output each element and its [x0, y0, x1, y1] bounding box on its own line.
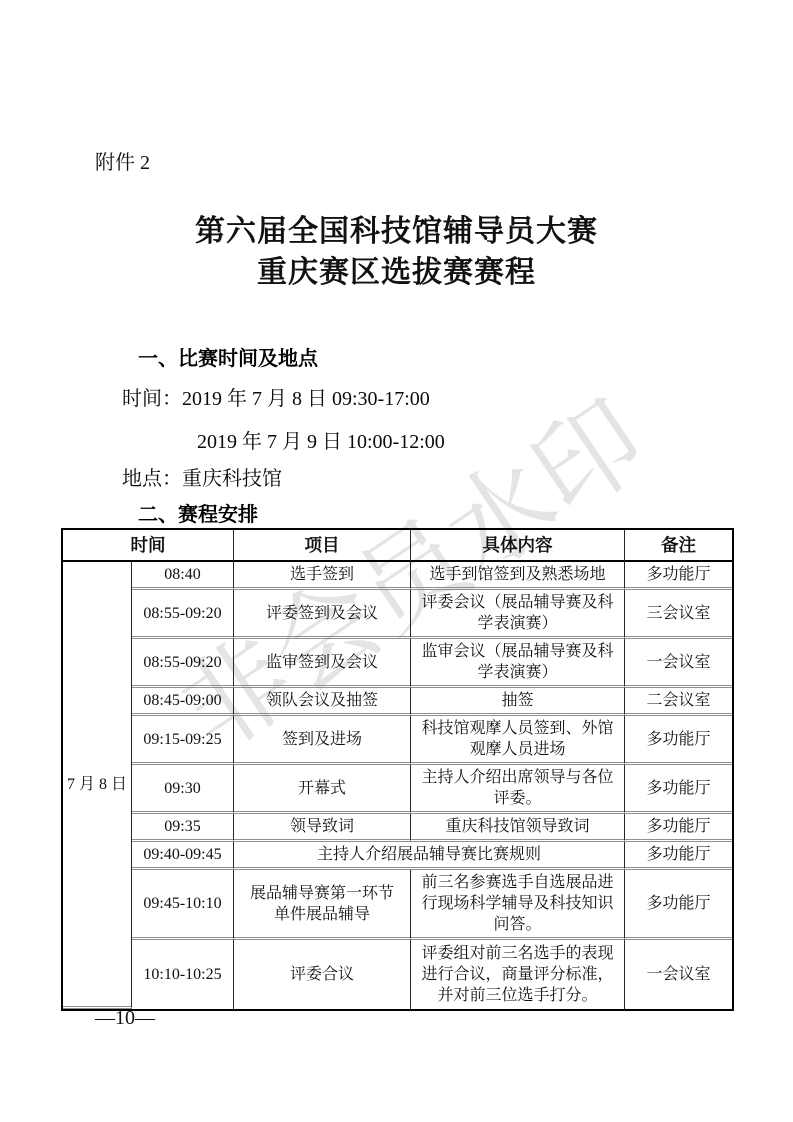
time-cell: 08:55-09:20: [132, 590, 234, 639]
item-line: 展品辅导赛第一环节: [237, 883, 407, 904]
document-page: 非会员水印 附件 2 第六届全国科技馆辅导员大赛 重庆赛区选拔赛赛程 一、比赛时…: [0, 0, 793, 1122]
item-cell: 领队会议及抽签: [234, 688, 411, 716]
item-cell: 评委签到及会议: [234, 590, 411, 639]
header-cell-item: 项目: [234, 530, 411, 562]
table-row: 08:45-09:00领队会议及抽签抽签二会议室: [63, 688, 732, 716]
content-cell: 前三名参赛选手自选展品进行现场科学辅导及科技知识问答。: [411, 870, 625, 940]
table-row: 08:55-09:20监审签到及会议监审会议（展品辅导赛及科学表演赛）一会议室: [63, 639, 732, 688]
note-cell: 一会议室: [625, 940, 732, 1009]
table-row: 10:10-10:25评委合议评委组对前三名选手的表现进行合议，商量评分标准，并…: [63, 940, 732, 1009]
note-cell: 多功能厅: [625, 716, 732, 765]
attachment-label: 附件 2: [95, 146, 150, 175]
content-cell: 评委组对前三名选手的表现进行合议，商量评分标准，并对前三位选手打分。: [411, 940, 625, 1009]
header-cell-content: 具体内容: [411, 530, 625, 562]
header-cell-note: 备注: [625, 530, 732, 562]
schedule-table-body: 7 月 8 日08:40选手签到选手到馆签到及熟悉场地多功能厅08:55-09:…: [63, 562, 732, 1009]
title-line-1: 第六届全国科技馆辅导员大赛: [0, 211, 793, 252]
note-cell: 一会议室: [625, 639, 732, 688]
table-row: 09:30开幕式主持人介绍出席领导与各位评委。多功能厅: [63, 765, 732, 814]
note-cell: 多功能厅: [625, 842, 732, 870]
date-cell: 7 月 8 日: [63, 562, 132, 1009]
note-cell: 多功能厅: [625, 870, 732, 940]
content-cell: 选手到馆签到及熟悉场地: [411, 562, 625, 590]
document-title: 第六届全国科技馆辅导员大赛 重庆赛区选拔赛赛程: [0, 211, 793, 293]
item-content-merged-cell: 主持人介绍展品辅导赛比赛规则: [234, 842, 625, 870]
header-row: 时间 项目 具体内容 备注: [63, 530, 732, 562]
table-row: 09:15-09:25签到及进场科技馆观摩人员签到、外馆观摩人员进场多功能厅: [63, 716, 732, 765]
time-cell: 09:30: [132, 765, 234, 814]
item-cell: 选手签到: [234, 562, 411, 590]
item-cell: 领导致词: [234, 814, 411, 842]
table-row: 09:45-10:10展品辅导赛第一环节单件展品辅导前三名参赛选手自选展品进行现…: [63, 870, 732, 940]
time-line-2: 2019 年 7 月 9 日 10:00-12:00: [197, 425, 445, 454]
table-row: 7 月 8 日08:40选手签到选手到馆签到及熟悉场地多功能厅: [63, 562, 732, 590]
item-cell: 监审签到及会议: [234, 639, 411, 688]
table-row: 09:40-09:45主持人介绍展品辅导赛比赛规则多功能厅: [63, 842, 732, 870]
time-cell: 10:10-10:25: [132, 940, 234, 1009]
header-cell-time: 时间: [63, 530, 234, 562]
note-cell: 多功能厅: [625, 814, 732, 842]
content-cell: 监审会议（展品辅导赛及科学表演赛）: [411, 639, 625, 688]
content-cell: 评委会议（展品辅导赛及科学表演赛）: [411, 590, 625, 639]
item-cell: 展品辅导赛第一环节单件展品辅导: [234, 870, 411, 940]
schedule-table: 时间 项目 具体内容 备注 7 月 8 日08:40选手签到选手到馆签到及熟悉场…: [61, 528, 734, 1011]
item-cell: 评委合议: [234, 940, 411, 1009]
time-cell: 08:40: [132, 562, 234, 590]
time-cell: 09:45-10:10: [132, 870, 234, 940]
note-cell: 三会议室: [625, 590, 732, 639]
time-line-1: 时间：2019 年 7 月 8 日 09:30-17:00: [122, 382, 430, 411]
schedule-table-header: 时间 项目 具体内容 备注: [63, 530, 732, 562]
content-cell: 重庆科技馆领导致词: [411, 814, 625, 842]
section-heading-schedule: 二、赛程安排: [138, 498, 258, 527]
item-cell: 签到及进场: [234, 716, 411, 765]
time-cell: 09:35: [132, 814, 234, 842]
time-cell: 09:15-09:25: [132, 716, 234, 765]
time-cell: 08:55-09:20: [132, 639, 234, 688]
time-cell: 09:40-09:45: [132, 842, 234, 870]
content-cell: 主持人介绍出席领导与各位评委。: [411, 765, 625, 814]
item-line: 单件展品辅导: [237, 904, 407, 925]
location-line: 地点：重庆科技馆: [122, 462, 282, 491]
content-cell: 抽签: [411, 688, 625, 716]
note-cell: 多功能厅: [625, 562, 732, 590]
content-cell: 科技馆观摩人员签到、外馆观摩人员进场: [411, 716, 625, 765]
table-row: 09:35领导致词重庆科技馆领导致词多功能厅: [63, 814, 732, 842]
table-row: 08:55-09:20评委签到及会议评委会议（展品辅导赛及科学表演赛）三会议室: [63, 590, 732, 639]
title-line-2: 重庆赛区选拔赛赛程: [0, 252, 793, 293]
note-cell: 多功能厅: [625, 765, 732, 814]
section-heading-time-place: 一、比赛时间及地点: [138, 342, 318, 371]
page-number: —10—: [95, 1007, 155, 1030]
time-cell: 08:45-09:00: [132, 688, 234, 716]
item-cell: 开幕式: [234, 765, 411, 814]
note-cell: 二会议室: [625, 688, 732, 716]
